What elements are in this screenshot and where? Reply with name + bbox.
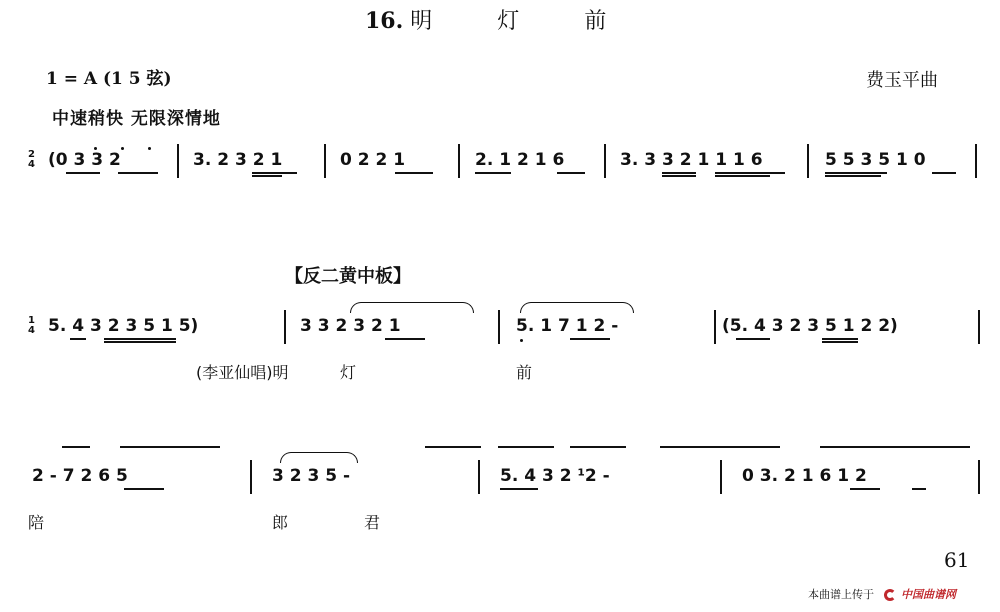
measure: 0 3. 2 1 6 1 2 — [742, 466, 867, 486]
measure: 3. 3 3 2 1 1 1 6 — [620, 150, 763, 170]
measure: 2. 1 2 1 6 — [475, 150, 564, 170]
barline — [975, 144, 977, 178]
score-line-2: 14 5. 4 3 2 3 5 1 5) 3 3 2 3 2 1 5. 1 7 … — [0, 316, 1000, 356]
lyric: 郎 — [272, 510, 288, 533]
lyric: 陪 — [28, 510, 44, 533]
score-line-3: 2 - 7 2 6 5 3 2 3 5 - 5. 4 3 2 ¹2 - 0 3.… — [0, 466, 1000, 506]
footer-watermark: 本曲谱上传于 中国曲谱网 — [808, 586, 956, 602]
composer: 费玉平曲 — [866, 66, 938, 92]
lyric: 灯 — [340, 360, 356, 383]
title-char: 明 — [410, 4, 432, 35]
measure: (0 3 3 2 — [48, 150, 121, 170]
section-label: 【反二黄中板】 — [285, 262, 411, 288]
barline — [478, 460, 480, 494]
time-signature: 14 — [28, 316, 35, 336]
barline — [978, 310, 980, 344]
score-line-1: 24 (0 3 3 2 3. 2 3 2 1 0 2 2 1 2. 1 2 1 … — [0, 150, 1000, 190]
measure: 3. 2 3 2 1 — [193, 150, 282, 170]
measure: 5 5 3 5 1 0 — [825, 150, 926, 170]
measure: 2 - 7 2 6 5 — [32, 466, 128, 486]
title-char: 灯 — [497, 4, 519, 35]
barline — [807, 144, 809, 178]
measure: 0 2 2 1 — [340, 150, 405, 170]
title-char: 前 — [584, 4, 606, 35]
song-number: 16. — [365, 8, 403, 34]
upload-text: 本曲谱上传于 — [808, 588, 874, 601]
measure: 5. 1 7 1 2 - — [516, 316, 618, 336]
measure: (5. 4 3 2 3 5 1 2 2) — [722, 316, 898, 336]
barline — [284, 310, 286, 344]
measure: 5. 4 3 2 ¹2 - — [500, 466, 610, 486]
barline — [720, 460, 722, 494]
key-signature: 1 = A (1 5 弦) — [46, 64, 172, 89]
lyric: 前 — [516, 360, 532, 383]
tempo-marking: 中速稍快 无限深情地 — [52, 104, 221, 129]
site-logo-icon — [884, 589, 896, 601]
measure: 5. 4 3 2 3 5 1 5) — [48, 316, 198, 336]
lyric: (李亚仙唱)明 — [196, 360, 289, 383]
measure: 3 3 2 3 2 1 — [300, 316, 401, 336]
time-signature: 24 — [28, 150, 35, 170]
site-brand: 中国曲谱网 — [901, 588, 956, 601]
lyric: 君 — [364, 510, 380, 533]
barline — [498, 310, 500, 344]
song-title: 16. 明 灯 前 — [365, 4, 664, 35]
page-number: 61 — [944, 548, 969, 572]
barline — [324, 144, 326, 178]
barline — [714, 310, 716, 344]
measure: 3 2 3 5 - — [272, 466, 350, 486]
barline — [177, 144, 179, 178]
barline — [458, 144, 460, 178]
barline — [250, 460, 252, 494]
barline — [978, 460, 980, 494]
barline — [604, 144, 606, 178]
